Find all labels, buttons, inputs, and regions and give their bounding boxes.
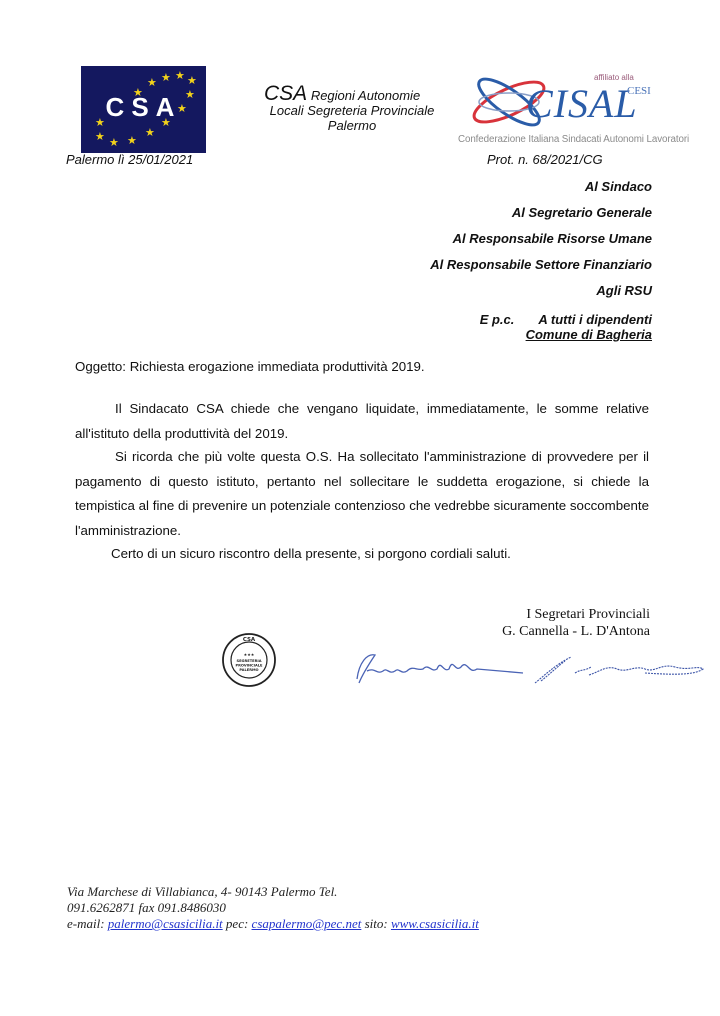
body-paragraph: Si ricorda che più volte questa O.S. Ha … <box>75 445 649 543</box>
svg-text:★: ★ <box>109 136 119 149</box>
body-paragraph: Il Sindacato CSA chiede che vengano liqu… <box>75 397 649 446</box>
recipients-block: Al Sindaco Al Segretario Generale Al Res… <box>430 174 652 304</box>
body-paragraph: Certo di un sicuro riscontro della prese… <box>75 542 649 567</box>
csa-stamp: CSA ★★★ SEGRETERIA PROVINCIALE PALERMO <box>221 632 277 688</box>
csa-logo-text: CSA <box>81 92 206 123</box>
org-line2: Locali Segreteria Provinciale <box>252 103 452 118</box>
recipient: Al Sindaco <box>430 174 652 200</box>
cesi-label: CESI <box>627 85 651 97</box>
stamp-seal-icon: CSA ★★★ SEGRETERIA PROVINCIALE PALERMO <box>221 632 277 688</box>
cisal-logo: affiliato alla CISAL CESI Confederazione… <box>456 64 678 146</box>
svg-text:★: ★ <box>161 71 171 84</box>
cc-label: E p.c. <box>480 312 515 327</box>
stamp-top-text: CSA <box>243 637 256 643</box>
org-subtitle: Regioni Autonomie <box>311 88 420 103</box>
pec-link[interactable]: csapalermo@pec.net <box>252 916 362 931</box>
email-link[interactable]: palermo@csasicilia.it <box>108 916 223 931</box>
svg-text:SEGRETERIA: SEGRETERIA <box>236 659 261 663</box>
signature-icon <box>345 645 710 690</box>
subject-line: Oggetto: Richiesta erogazione immediata … <box>75 355 649 380</box>
protocol-number: Prot. n. 68/2021/CG <box>487 152 603 167</box>
pec-label: pec: <box>226 916 248 931</box>
svg-text:PROVINCIALE: PROVINCIALE <box>236 664 264 668</box>
recipient: Al Segretario Generale <box>430 200 652 226</box>
cc-entity: Comune di Bagheria <box>526 327 652 342</box>
csa-logo: ★★★★ ★★★ ★★★ ★★★ CSA <box>81 66 206 153</box>
cc-block: E p.c.A tutti i dipendenti Comune di Bag… <box>480 312 652 342</box>
cisal-name: CISAL <box>526 80 638 127</box>
signers-title: I Segretari Provinciali <box>440 606 650 623</box>
svg-text:★: ★ <box>147 76 157 89</box>
svg-text:★: ★ <box>145 126 155 139</box>
svg-text:★: ★ <box>127 134 137 147</box>
cisal-full-name: Confederazione Italiana Sindacati Autono… <box>458 134 689 145</box>
site-link[interactable]: www.csasicilia.it <box>391 916 479 931</box>
cc-to: A tutti i dipendenti <box>538 312 652 327</box>
recipient: Al Responsabile Settore Finanziario <box>430 252 652 278</box>
org-heading: CSA Regioni Autonomie Locali Segreteria … <box>252 86 452 133</box>
svg-text:★: ★ <box>95 130 105 143</box>
svg-text:★: ★ <box>175 69 185 82</box>
recipient: Agli RSU <box>430 278 652 304</box>
svg-text:★: ★ <box>187 74 197 87</box>
signers-block: I Segretari Provinciali G. Cannella - L.… <box>440 606 650 640</box>
org-title: CSA <box>264 82 307 105</box>
signers-names: G. Cannella - L. D'Antona <box>440 623 650 640</box>
recipient: Al Responsabile Risorse Umane <box>430 226 652 252</box>
handwritten-signatures <box>345 645 710 690</box>
svg-text:PALERMO: PALERMO <box>239 668 258 672</box>
site-label: sito: <box>365 916 388 931</box>
footer-phones: 091.6262871 fax 091.8486030 <box>67 900 479 916</box>
footer-address: Via Marchese di Villabianca, 4- 90143 Pa… <box>67 884 479 900</box>
footer-contacts: Via Marchese di Villabianca, 4- 90143 Pa… <box>67 884 479 932</box>
org-line3: Palermo <box>252 118 452 133</box>
email-label: e-mail: <box>67 916 105 931</box>
svg-text:★★★: ★★★ <box>244 652 255 657</box>
letter-date: Palermo lì 25/01/2021 <box>66 152 193 167</box>
